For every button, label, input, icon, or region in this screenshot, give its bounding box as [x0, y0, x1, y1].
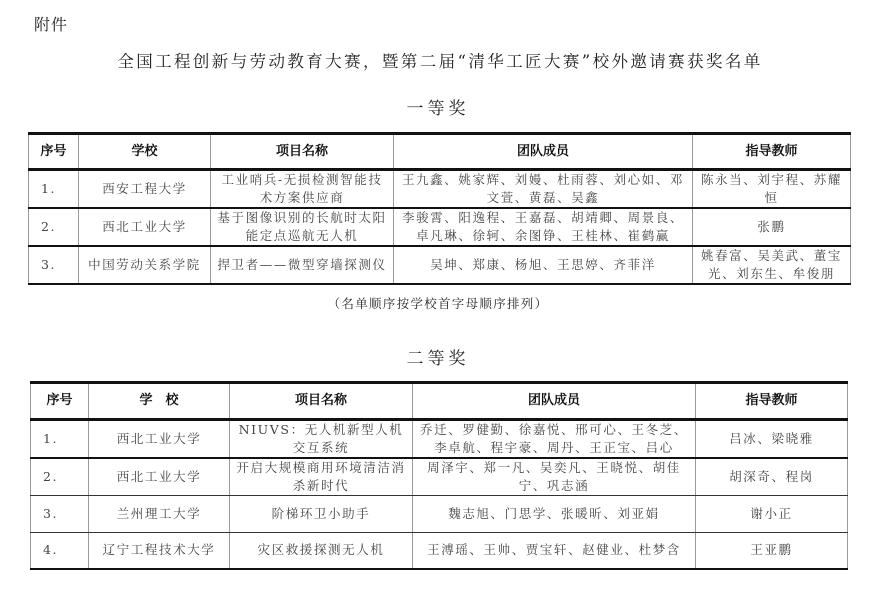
row-advisors: 胡深奇、程岗 [696, 458, 848, 496]
header-advisors: 指导教师 [696, 383, 848, 420]
header-project: 项目名称 [230, 383, 413, 420]
row-school: 辽宁工程技术大学 [89, 533, 230, 569]
first-prize-heading: 一等奖 [0, 94, 870, 119]
row-members: 王九鑫、姚家辉、刘嫚、杜雨蓉、刘心如、邓文萱、黄磊、吴鑫 [394, 170, 693, 209]
row-index: 2. [31, 458, 89, 496]
row-members: 王溥瑶、王帅、贾宝轩、赵健业、杜梦含 [413, 533, 696, 569]
row-advisors: 王亚鹏 [696, 533, 848, 569]
row-advisors: 张鹏 [693, 208, 851, 246]
header-members: 团队成员 [413, 383, 696, 420]
row-members: 魏志旭、门思学、张暖昕、刘亚娟 [413, 496, 696, 533]
header-school: 学 校 [89, 383, 230, 420]
row-school: 西北工业大学 [89, 458, 230, 496]
row-project: 工业哨兵-无损检测智能技术方案供应商 [211, 170, 394, 209]
row-school: 西北工业大学 [89, 420, 230, 459]
row-index: 3. [31, 496, 89, 533]
attachment-label: 附件 [34, 12, 68, 35]
row-school: 兰州理工大学 [89, 496, 230, 533]
row-project: 灾区救援探测无人机 [230, 533, 413, 569]
table-row: 1. 西北工业大学 NIUVS：无人机新型人机交互系统 乔迁、罗健勤、徐嘉悦、邢… [31, 420, 848, 459]
row-advisors: 姚春富、吴美武、董宝光、刘东生、牟俊朋 [693, 246, 851, 284]
row-index: 1. [29, 170, 79, 209]
row-members: 周泽宇、郑一凡、吴奕凡、王晓悦、胡佳宁、巩志涵 [413, 458, 696, 496]
row-project: 阶梯环卫小助手 [230, 496, 413, 533]
row-advisors: 谢小正 [696, 496, 848, 533]
row-project: NIUVS：无人机新型人机交互系统 [230, 420, 413, 459]
row-school: 西北工业大学 [79, 208, 211, 246]
header-index: 序号 [29, 134, 79, 170]
table-row: 3. 中国劳动关系学院 捍卫者——微型穿墙探测仪 吴坤、郑康、杨旭、王思婷、齐菲… [29, 246, 851, 284]
header-project: 项目名称 [211, 134, 394, 170]
header-advisors: 指导教师 [693, 134, 851, 170]
second-prize-heading: 二等奖 [0, 344, 870, 369]
row-members: 吴坤、郑康、杨旭、王思婷、齐菲洋 [394, 246, 693, 284]
row-index: 2. [29, 208, 79, 246]
table-row: 3. 兰州理工大学 阶梯环卫小助手 魏志旭、门思学、张暖昕、刘亚娟 谢小正 [31, 496, 848, 533]
document-title: 全国工程创新与劳动教育大赛，暨第二届“清华工匠大赛”校外邀请赛获奖名单 [0, 48, 870, 72]
row-project: 开启大规模商用环境清洁消杀新时代 [230, 458, 413, 496]
table-header-row: 序号 学 校 项目名称 团队成员 指导教师 [31, 383, 848, 420]
row-project: 捍卫者——微型穿墙探测仪 [211, 246, 394, 284]
row-advisors: 吕冰、梁晓雅 [696, 420, 848, 459]
header-index: 序号 [31, 383, 89, 420]
row-school: 西安工程大学 [79, 170, 211, 209]
table-row: 1. 西安工程大学 工业哨兵-无损检测智能技术方案供应商 王九鑫、姚家辉、刘嫚、… [29, 170, 851, 209]
ordering-note: （名单顺序按学校首字母顺序排列） [0, 294, 870, 312]
row-members: 乔迁、罗健勤、徐嘉悦、邢可心、王冬芝、李卓航、程宇豪、周丹、王正宝、吕心 [413, 420, 696, 459]
table-row: 2. 西北工业大学 基于图像识别的长航时太阳能定点巡航无人机 李骏霄、阳逸程、王… [29, 208, 851, 246]
first-prize-table: 序号 学校 项目名称 团队成员 指导教师 1. 西安工程大学 工业哨兵-无损检测… [28, 132, 851, 285]
table-row: 4. 辽宁工程技术大学 灾区救援探测无人机 王溥瑶、王帅、贾宝轩、赵健业、杜梦含… [31, 533, 848, 569]
header-school: 学校 [79, 134, 211, 170]
row-index: 4. [31, 533, 89, 569]
row-school: 中国劳动关系学院 [79, 246, 211, 284]
row-members: 李骏霄、阳逸程、王嘉磊、胡靖卿、周景良、卓凡琳、徐轲、余图铮、王桂林、崔鹤赢 [394, 208, 693, 246]
row-index: 3. [29, 246, 79, 284]
header-members: 团队成员 [394, 134, 693, 170]
table-row: 2. 西北工业大学 开启大规模商用环境清洁消杀新时代 周泽宇、郑一凡、吴奕凡、王… [31, 458, 848, 496]
row-advisors: 陈永当、刘宇程、苏耀恒 [693, 170, 851, 209]
row-index: 1. [31, 420, 89, 459]
second-prize-table: 序号 学 校 项目名称 团队成员 指导教师 1. 西北工业大学 NIUVS：无人… [30, 381, 848, 570]
row-project: 基于图像识别的长航时太阳能定点巡航无人机 [211, 208, 394, 246]
table-header-row: 序号 学校 项目名称 团队成员 指导教师 [29, 134, 851, 170]
